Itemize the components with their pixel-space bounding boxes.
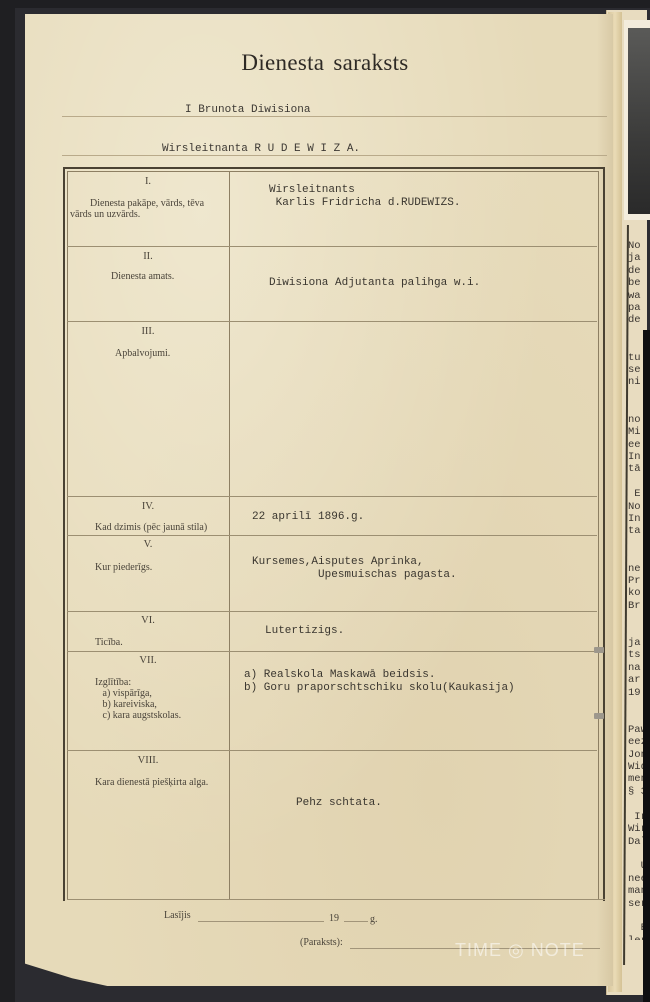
section-label: Kur piederīgs.: [95, 562, 152, 573]
row-divider: [67, 651, 597, 652]
section-number: VI.: [68, 615, 228, 626]
year-prefix: 19: [329, 913, 339, 924]
row-divider: [67, 321, 597, 322]
section-number: IV.: [68, 501, 228, 512]
section-label: Izglītība: a) vispārīga, b) kareiviska, …: [95, 677, 181, 721]
watermark: TIME ◎ NOTE: [455, 940, 585, 961]
section-number: III.: [68, 326, 228, 337]
subject-field: Wirsleitnanta R U D E W I Z A.: [162, 143, 360, 155]
section-number: I.: [68, 176, 228, 187]
row-divider: [67, 611, 597, 612]
scan-edge-shadow: [643, 330, 650, 1002]
section-number: VII.: [68, 655, 228, 666]
read-label: Lasījis: [164, 910, 191, 921]
section-value: Pehz schtata.: [296, 797, 382, 810]
section-value: Kursemes,Aisputes Aprinka, Upesmuischas …: [252, 556, 457, 582]
document-title: Dienesta saraksts: [0, 50, 650, 76]
year-line: [344, 921, 368, 922]
section-value: Wirsleitnants Karlis Fridricha d.RUDEWIZ…: [269, 184, 460, 210]
row-divider: [67, 535, 597, 536]
row-divider: [67, 246, 597, 247]
signature-label: (Paraksts):: [300, 937, 343, 948]
section-label: Kad dzimis (pēc jaunā stila): [95, 522, 207, 533]
table-bottom-line: [67, 899, 605, 900]
row-divider: [67, 496, 597, 497]
section-value: Diwisiona Adjutanta palihga w.i.: [269, 277, 480, 290]
subject-underline: [62, 155, 607, 156]
section-label: Kara dienestā piešķirta alga.: [95, 777, 208, 788]
section-number: II.: [68, 251, 228, 262]
year-suffix: g.: [370, 914, 378, 925]
section-value: 22 aprilī 1896.g.: [252, 511, 364, 524]
staple-mark: [594, 713, 604, 719]
section-number: VIII.: [68, 755, 228, 766]
section-label: Ticība.: [95, 637, 123, 648]
section-label: Dienesta amats.: [111, 271, 174, 282]
unit-underline: [62, 116, 607, 117]
section-value: Lutertizigs.: [265, 625, 344, 638]
section-number: V.: [68, 539, 228, 550]
row-divider: [67, 750, 597, 751]
staple-mark: [594, 647, 604, 653]
read-signature-line: [198, 921, 324, 922]
section-value: a) Realskola Maskawā beidsis. b) Goru pr…: [244, 669, 515, 695]
unit-field: I Brunota Diwisiona: [185, 104, 310, 116]
section-label: Dienesta pakāpe, vārds, tēva vārds un uz…: [70, 198, 204, 220]
section-label: Apbalvojumi.: [115, 348, 170, 359]
